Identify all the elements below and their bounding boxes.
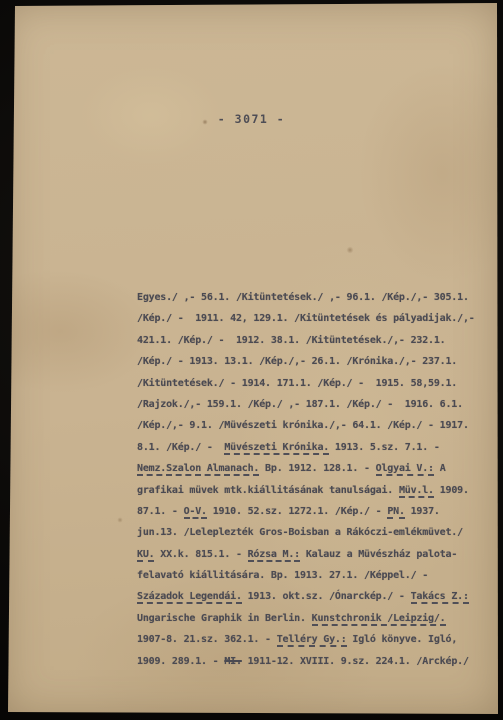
text-segment: grafikai müvek mtk.kiállitásának tanulsá…: [137, 485, 399, 496]
text-segment: Takács Z.:: [411, 591, 469, 604]
text-line: Ungarische Graphik in Berlin. Kunstchron…: [137, 608, 482, 629]
document-page: - 3071 - Egyes./ ,- 56.1. /Kitüntetések.…: [0, 0, 503, 720]
text-segment: Századok Legendái.: [137, 591, 242, 604]
text-line: 421.1. /Kép./ - 1912. 38.1. /Kitüntetése…: [137, 330, 482, 351]
text-segment: 1911-12. XVIII. 9.sz. 224.1. /Arckép./: [242, 656, 469, 667]
text-segment: 1907-8. 21.sz. 362.1. -: [137, 634, 277, 645]
text-line: 1909. 289.1. - MI. 1911-12. XVIII. 9.sz.…: [137, 651, 482, 672]
text-segment: Müvészeti Krónika.: [224, 442, 329, 455]
page-number: - 3071 -: [0, 112, 503, 126]
text-line: /Rajzok./,- 159.1. /Kép./ ,- 187.1. /Kép…: [137, 394, 482, 415]
text-segment: 87.1. -: [137, 506, 184, 517]
text-segment: Kunstchronik /Leipzig/.: [312, 613, 446, 626]
text-segment: Rózsa M.:: [248, 549, 300, 562]
text-segment: Bp. 1912. 128.1. -: [259, 463, 375, 474]
text-line: /Kép./ - 1913. 13.1. /Kép./,- 26.1. /Kró…: [137, 351, 482, 372]
text-segment: /Kép./,- 9.1. /Müvészeti krónika./,- 64.…: [137, 420, 469, 431]
text-segment: felavató kiállitására. Bp. 1913. 27.1. /…: [137, 570, 428, 581]
text-line: Nemz.Szalon Almanach. Bp. 1912. 128.1. -…: [137, 458, 482, 479]
text-segment: Olgyai V.:: [376, 463, 434, 476]
text-segment: Igló könyve. Igló,: [347, 634, 458, 645]
text-line: Századok Legendái. 1913. okt.sz. /Ónarck…: [137, 586, 482, 607]
text-segment: 421.1. /Kép./ - 1912. 38.1. /Kitüntetése…: [137, 335, 446, 346]
bibliography-text: Egyes./ ,- 56.1. /Kitüntetések./ ,- 96.1…: [137, 287, 482, 672]
text-line: 1907-8. 21.sz. 362.1. - Telléry Gy.: Igl…: [137, 629, 482, 650]
text-segment: 1913. 5.sz. 7.1. -: [329, 442, 440, 453]
text-segment: /Rajzok./,- 159.1. /Kép./ ,- 187.1. /Kép…: [137, 399, 463, 410]
text-segment: /Kép./ - 1911. 42, 129.1. /Kitüntetések …: [137, 313, 475, 324]
text-segment: Telléry Gy.:: [277, 634, 347, 647]
text-line: jun.13. /Leleplezték Gros-Boisban a Rákó…: [137, 522, 482, 543]
text-segment: Müv.l.: [399, 485, 434, 498]
text-segment: 1909. 289.1. -: [137, 656, 224, 667]
text-line: 87.1. - O-V. 1910. 52.sz. 1272.1. /Kép./…: [137, 501, 482, 522]
text-segment: 8.1. /Kép./ -: [137, 442, 224, 453]
text-line: /Kép./ - 1911. 42, 129.1. /Kitüntetések …: [137, 308, 482, 329]
text-line: KU. XX.k. 815.1. - Rózsa M.: Kalauz a Mü…: [137, 544, 482, 565]
text-line: Egyes./ ,- 56.1. /Kitüntetések./ ,- 96.1…: [137, 287, 482, 308]
text-segment: Kalauz a Müvészház palota-: [300, 549, 457, 560]
text-segment: 1913. okt.sz. /Ónarckép./ -: [242, 591, 411, 602]
text-segment: 1937.: [405, 506, 440, 517]
text-line: /Kitüntetések./ - 1914. 171.1. /Kép./ - …: [137, 373, 482, 394]
text-line: 8.1. /Kép./ - Müvészeti Krónika. 1913. 5…: [137, 437, 482, 458]
text-segment: Nemz.Szalon Almanach.: [137, 463, 259, 476]
text-segment: KU.: [137, 549, 154, 562]
text-segment: MI.: [224, 656, 241, 667]
text-segment: /Kép./ - 1913. 13.1. /Kép./,- 26.1. /Kró…: [137, 356, 457, 367]
text-segment: Ungarische Graphik in Berlin.: [137, 613, 312, 624]
text-segment: /Kitüntetések./ - 1914. 171.1. /Kép./ - …: [137, 378, 457, 389]
text-line: grafikai müvek mtk.kiállitásának tanulsá…: [137, 480, 482, 501]
scan-background: - 3071 - Egyes./ ,- 56.1. /Kitüntetések.…: [0, 0, 503, 720]
text-segment: O-V.: [184, 506, 207, 519]
text-segment: XX.k. 815.1. -: [154, 549, 247, 560]
text-segment: A: [434, 463, 446, 474]
text-segment: 1910. 52.sz. 1272.1. /Kép./ -: [207, 506, 387, 517]
text-segment: jun.13. /Leleplezték Gros-Boisban a Rákó…: [137, 527, 463, 538]
text-segment: PN.: [387, 506, 404, 519]
text-line: /Kép./,- 9.1. /Müvészeti krónika./,- 64.…: [137, 415, 482, 436]
text-segment: Egyes./ ,- 56.1. /Kitüntetések./ ,- 96.1…: [137, 292, 469, 303]
text-segment: 1909.: [434, 485, 469, 496]
text-line: felavató kiállitására. Bp. 1913. 27.1. /…: [137, 565, 482, 586]
